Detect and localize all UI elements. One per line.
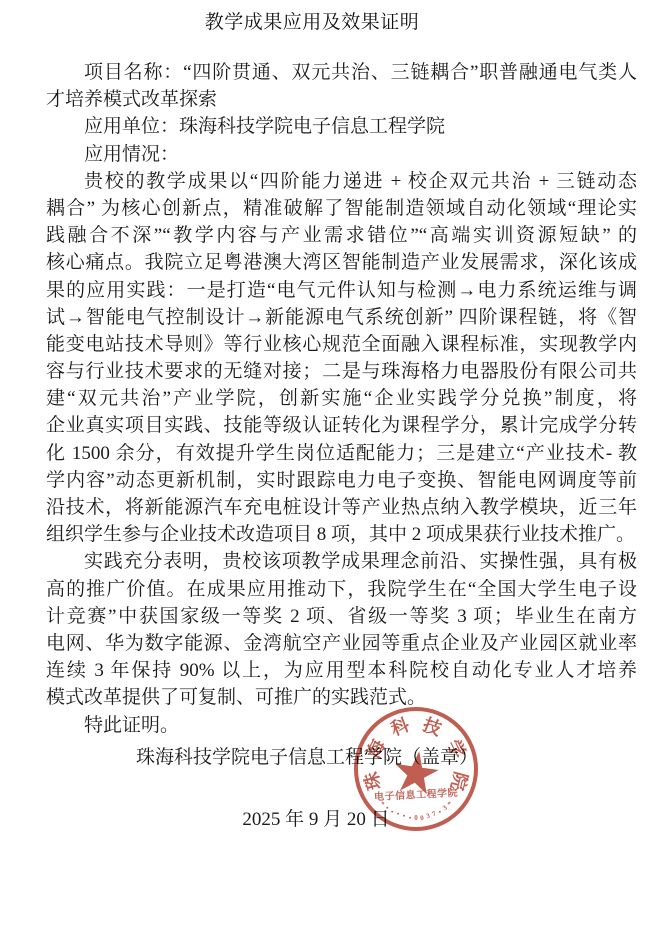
paragraph-line: 实践充分表明，贵校该项教学成果理念前沿、实操性强，具有极 xyxy=(46,548,637,575)
document-title: 教学成果应用及效果证明 xyxy=(0,7,624,34)
document-page: 教学成果应用及效果证明 项目名称：“四阶贯通、双元共治、三链耦合”职普融通电气类… xyxy=(0,0,672,952)
seal-arc-char: 珠 xyxy=(359,767,386,794)
paragraph-line: 践融合不深”“教学内容与产业需求错位”“高端实训资源短缺” 的 xyxy=(46,222,637,249)
paragraph-line: 应用情况： xyxy=(46,141,637,168)
paragraph-line: 核心痛点。我院立足粤港澳大湾区智能制造产业发展需求，深化该成 xyxy=(46,249,637,276)
paragraph-line: 沿技术，将新能源汽车充电桩设计等产业热点纳入教学模块，近三年 xyxy=(46,494,637,521)
paragraph-line: 计竞赛”中获国家级一等奖 2 项、省级一等奖 3 项；毕业生在南方 xyxy=(46,603,637,630)
signature-line: 珠海科技学院电子信息工程学院（盖章） xyxy=(0,744,478,771)
document-body: 项目名称：“四阶贯通、双元共治、三链耦合”职普融通电气类人才培养模式改革探索应用… xyxy=(46,59,637,739)
paragraph-line: 试→智能电气控制设计→新能源电气系统创新” 四阶课程链，将《智 xyxy=(46,304,637,331)
seal-arc-char: 院 xyxy=(446,767,473,794)
paragraph-line: 电网、华为数字能源、金湾航空产业园等重点企业及产业园区就业率 xyxy=(46,630,637,657)
paragraph-line: 果的应用实践：一是打造“电气元件认知与检测→电力系统运维与调 xyxy=(46,277,637,304)
paragraph-line: 特此证明。 xyxy=(46,712,637,739)
paragraph-line: 连续 3 年保持 90% 以上，为应用型本科院校自动化专业人才培养 xyxy=(46,657,637,684)
paragraph-line: 贵校的教学成果以“四阶能力递进 + 校企双元共治 + 三链动态 xyxy=(46,168,637,195)
paragraph-line: 容与行业技术要求的无缝对接；二是与珠海格力电器股份有限公司共 xyxy=(46,358,637,385)
paragraph-line: 应用单位：珠海科技学院电子信息工程学院 xyxy=(46,113,637,140)
date-line: 2025 年 9 月 20 日 xyxy=(0,806,632,833)
paragraph-line: 才培养模式改革探索 xyxy=(46,86,637,113)
paragraph-line: 化 1500 余分，有效提升学生岗位适配能力；三是建立“产业技术- 教 xyxy=(46,440,637,467)
paragraph-line: 模式改革提供了可复制、可推广的实践范式。 xyxy=(46,684,637,711)
paragraph-line: 组织学生参与企业技术改造项目 8 项，其中 2 项成果获行业技术推广。 xyxy=(46,521,637,548)
paragraph-line: 建“双元共治”产业学院，创新实施“企业实践学分兑换”制度，将 xyxy=(46,385,637,412)
paragraph-line: 学内容”动态更新机制，实时跟踪电力电子变换、智能电网调度等前 xyxy=(46,467,637,494)
paragraph-line: 项目名称：“四阶贯通、双元共治、三链耦合”职普融通电气类人 xyxy=(46,59,637,86)
paragraph-line: 企业真实项目实践、技能等级认证转化为课程学分，累计完成学分转 xyxy=(46,412,637,439)
paragraph-line: 耦合” 为核心创新点，精准破解了智能制造领域自动化领域“理论实 xyxy=(46,195,637,222)
seal-center-text: 电子信息工程学院 xyxy=(354,783,479,804)
paragraph-line: 高的推广价值。在成果应用推动下，我院学生在“全国大学生电子设 xyxy=(46,576,637,603)
paragraph-line: 能变电站技术导则》等行业核心规范全面融入课程标准，实现教学内 xyxy=(46,331,637,358)
